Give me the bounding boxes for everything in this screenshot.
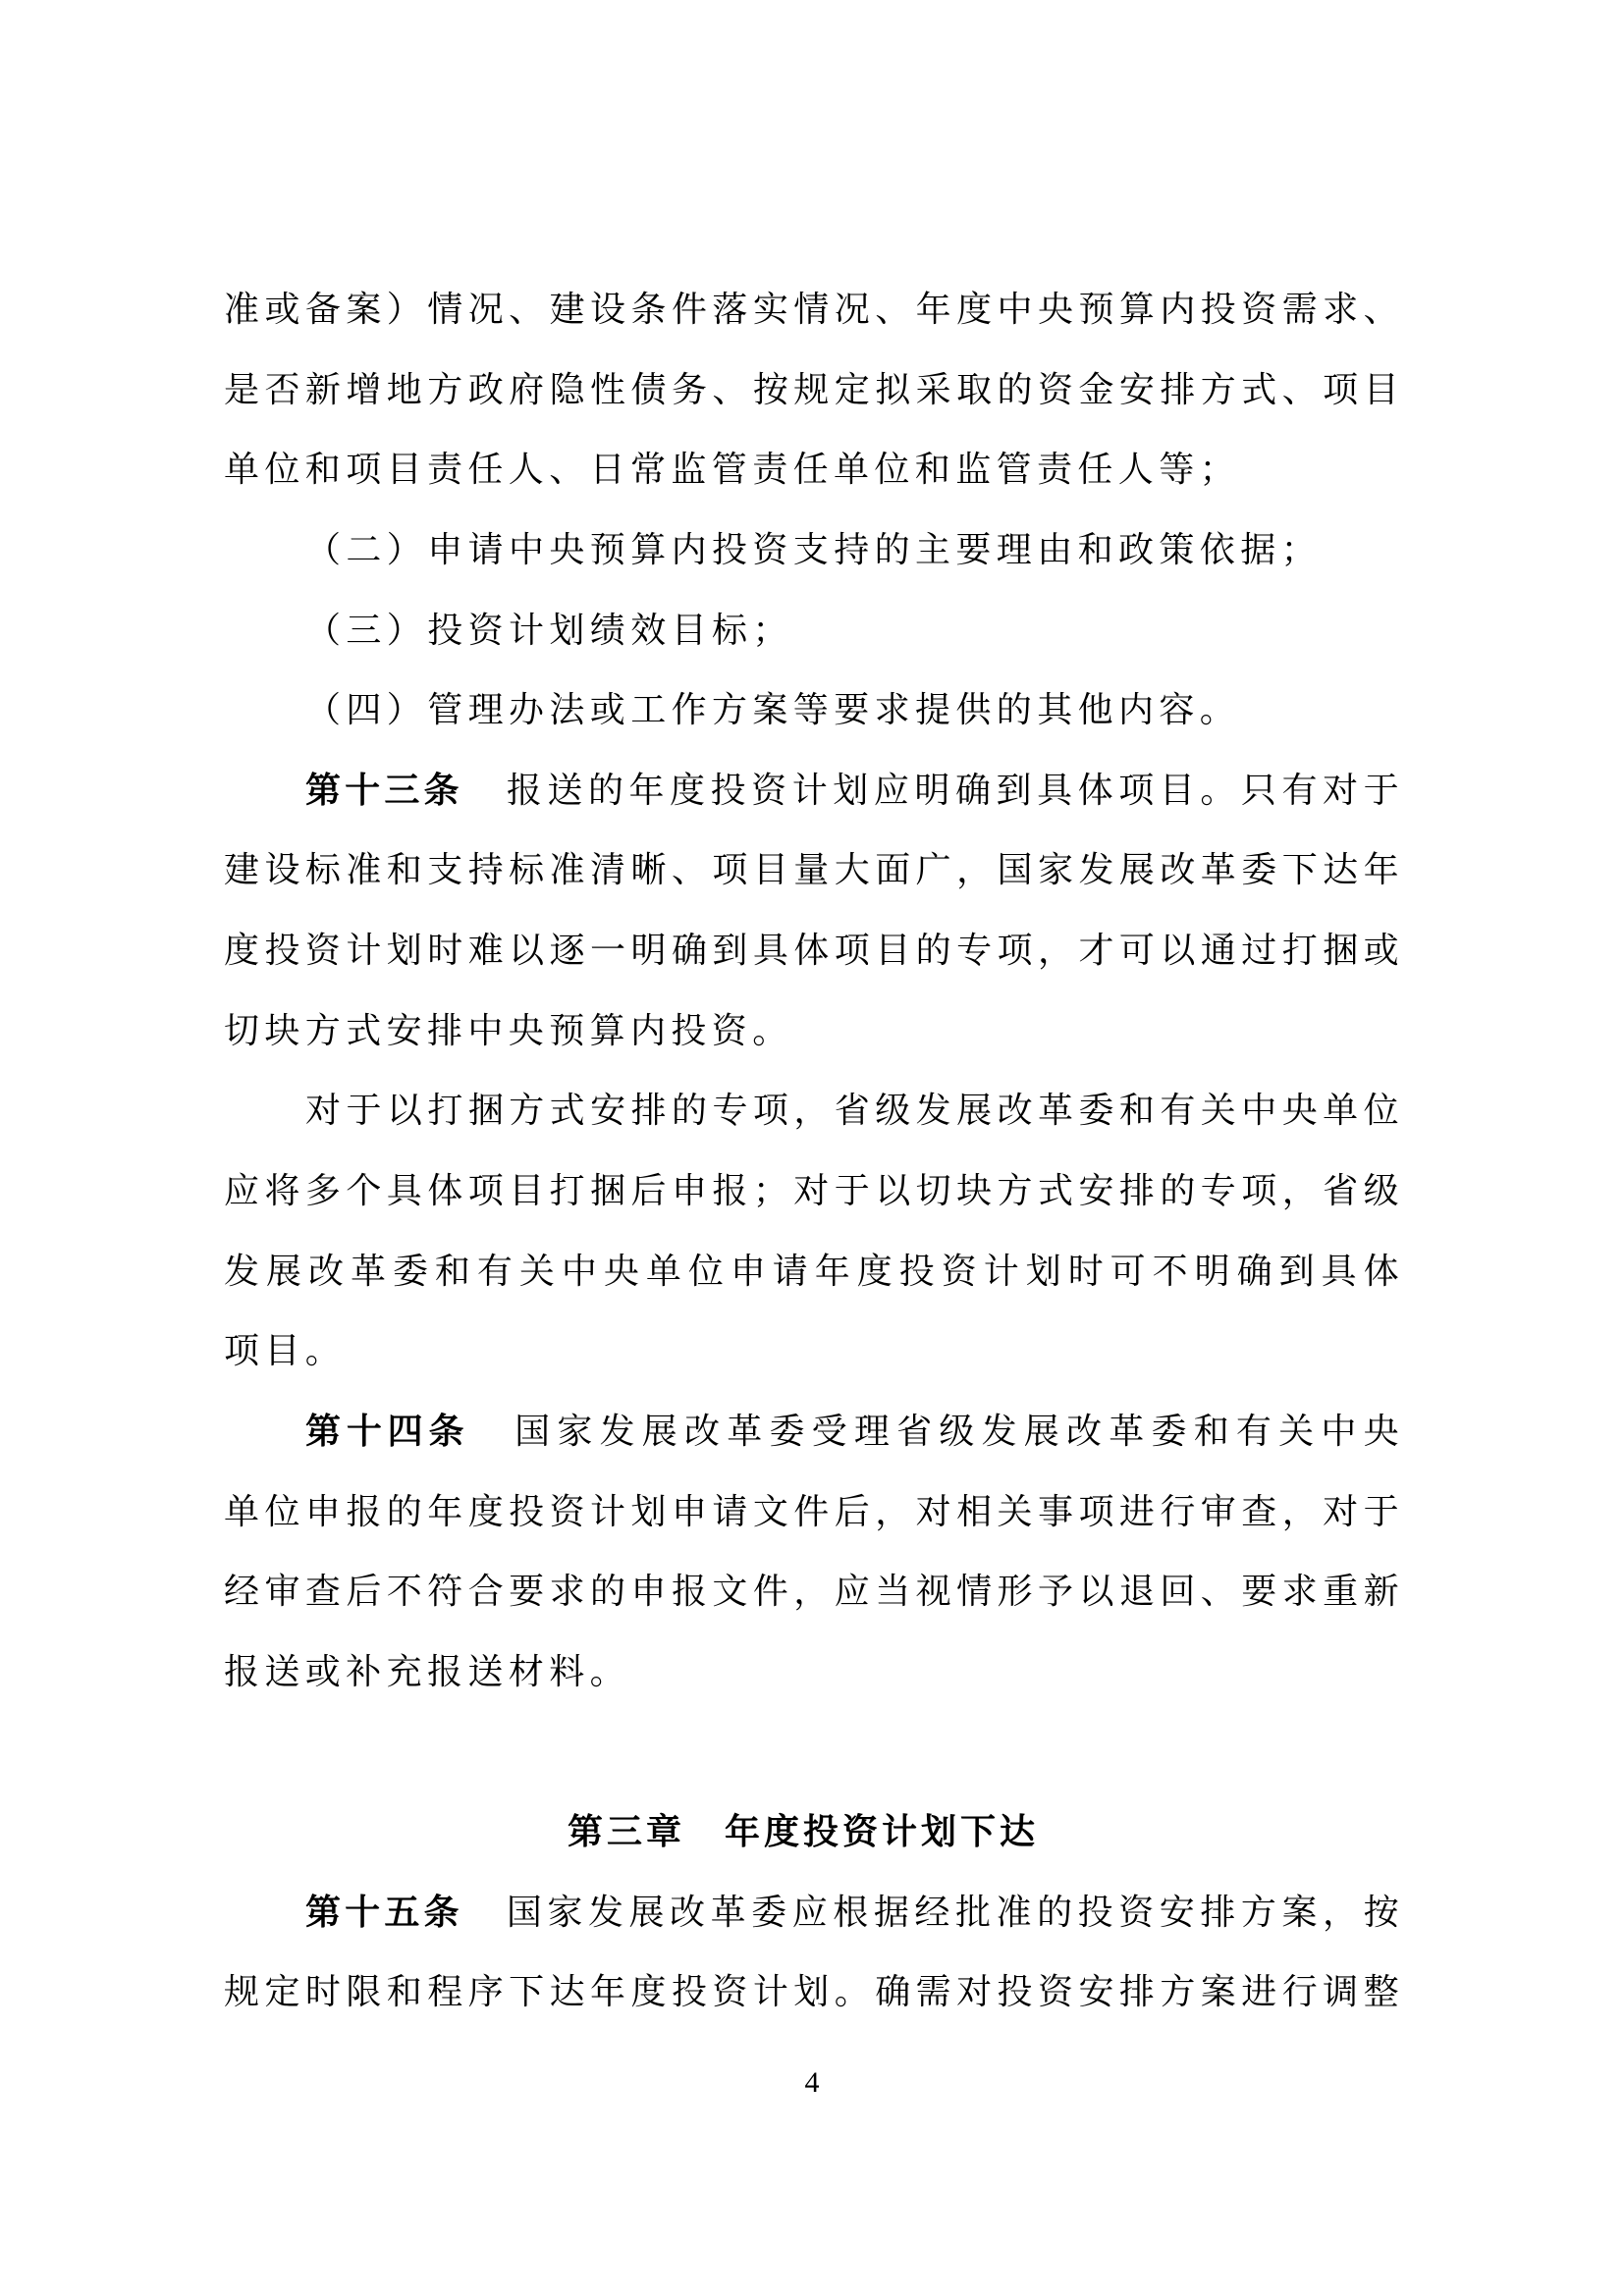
article-13-label: 第十三条 <box>305 771 463 811</box>
list-item-2: （二）申请中央预算内投资支持的主要理由和政策依据； <box>224 510 1404 591</box>
article-13-para2-line: 对于以打捆方式安排的专项，省级发展改革委和有关中央单位 <box>224 1071 1404 1151</box>
article-13-line: 建设标准和支持标准清晰、项目量大面广，国家发展改革委下达年 <box>224 830 1404 911</box>
page-number: 4 <box>0 2063 1624 2103</box>
body-text: 准或备案）情况、建设条件落实情况、年度中央预算内投资需求、 是否新增地方政府隐性… <box>224 270 1404 2033</box>
article-15-first-line: 第十五条国家发展改革委应根据经批准的投资安排方案，按 <box>224 1873 1404 1953</box>
article-14-label: 第十四条 <box>305 1412 469 1452</box>
article-14-text: 国家发展改革委受理省级发展改革委和有关中央 <box>513 1412 1404 1452</box>
list-item-4: （四）管理办法或工作方案等要求提供的其他内容。 <box>224 670 1404 751</box>
paragraph-line: 是否新增地方政府隐性债务、按规定拟采取的资金安排方式、项目 <box>224 350 1404 431</box>
paragraph-line: 单位和项目责任人、日常监管责任单位和监管责任人等； <box>224 430 1404 510</box>
blank-line <box>224 1713 1404 1793</box>
article-13-text: 报送的年度投资计划应明确到具体项目。只有对于 <box>507 771 1404 811</box>
article-13-para2-line: 应将多个具体项目打捆后申报；对于以切块方式安排的专项，省级 <box>224 1151 1404 1232</box>
list-item-3: （三）投资计划绩效目标； <box>224 591 1404 671</box>
chapter-heading: 第三章年度投资计划下达 <box>224 1792 1404 1873</box>
article-13-para2-line: 发展改革委和有关中央单位申请年度投资计划时可不明确到具体 <box>224 1232 1404 1312</box>
article-14-line: 经审查后不符合要求的申报文件，应当视情形予以退回、要求重新 <box>224 1552 1404 1632</box>
article-15-label: 第十五条 <box>305 1893 463 1933</box>
article-14-first-line: 第十四条国家发展改革委受理省级发展改革委和有关中央 <box>224 1392 1404 1472</box>
article-13-line: 切块方式安排中央预算内投资。 <box>224 991 1404 1072</box>
article-14-line: 单位申报的年度投资计划申请文件后，对相关事项进行审查，对于 <box>224 1472 1404 1553</box>
chapter-number: 第三章 <box>568 1812 685 1852</box>
article-14-line: 报送或补充报送材料。 <box>224 1632 1404 1713</box>
article-15-text: 国家发展改革委应根据经批准的投资安排方案，按 <box>507 1893 1404 1933</box>
paragraph-line: 准或备案）情况、建设条件落实情况、年度中央预算内投资需求、 <box>224 270 1404 350</box>
document-page: 准或备案）情况、建设条件落实情况、年度中央预算内投资需求、 是否新增地方政府隐性… <box>0 0 1624 2296</box>
article-13-first-line: 第十三条报送的年度投资计划应明确到具体项目。只有对于 <box>224 751 1404 831</box>
article-13-para2-line: 项目。 <box>224 1311 1404 1392</box>
chapter-title: 年度投资计划下达 <box>725 1812 1039 1852</box>
article-13-line: 度投资计划时难以逐一明确到具体项目的专项，才可以通过打捆或 <box>224 911 1404 991</box>
article-15-line: 规定时限和程序下达年度投资计划。确需对投资安排方案进行调整 <box>224 1952 1404 2033</box>
